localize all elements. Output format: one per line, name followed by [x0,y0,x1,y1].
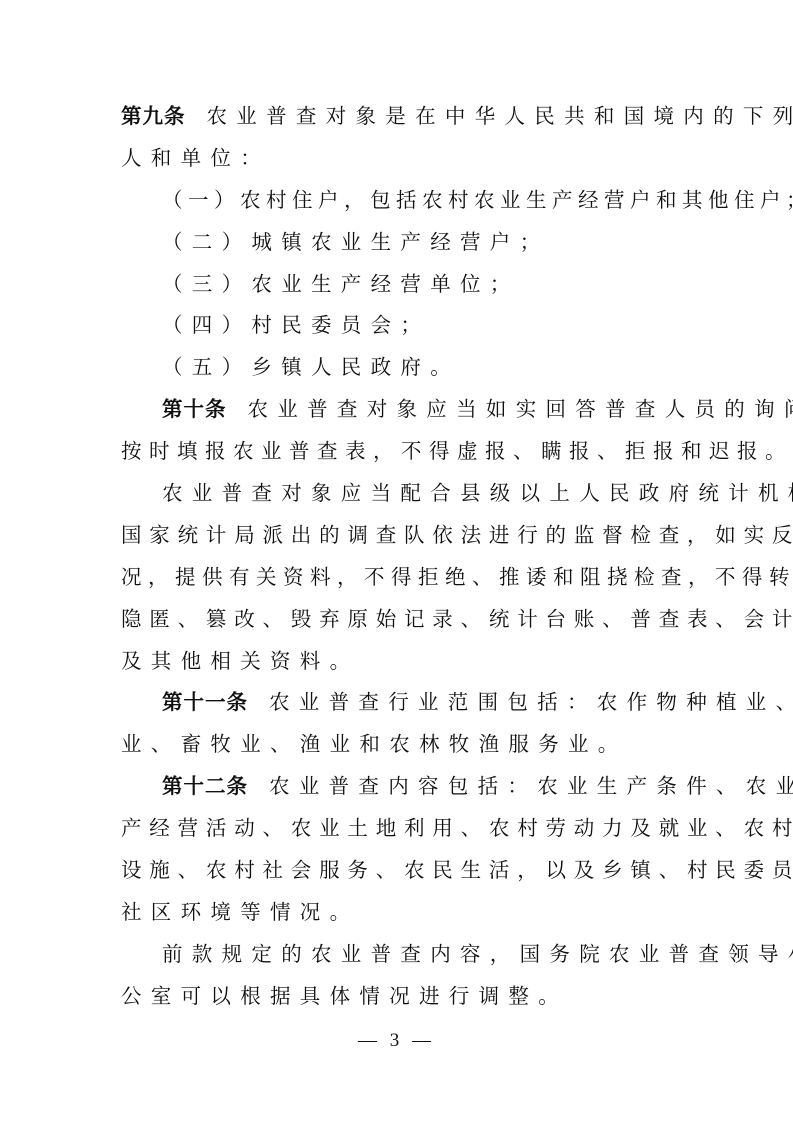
article-10-para2-line-3: 况，提供有关资料，不得拒绝、推诿和阻挠检查，不得转移、 [121,557,672,599]
article-9-item-1: （一）农村住户，包括农村农业生产经营户和其他住户； [121,180,672,222]
article-10-para2-line-1: 农业普查对象应当配合县级以上人民政府统计机构和 [121,473,672,515]
page-number: — 3 — [0,1030,793,1052]
article-12-line-4: 社区环境等情况。 [121,892,672,934]
article-12-line-2: 产经营活动、农业土地利用、农村劳动力及就业、农村基础 [121,808,672,850]
article-10-heading: 第十条 [162,397,227,421]
article-9-heading: 第九条 [121,104,186,128]
article-9-item-2: （二）城镇农业生产经营户； [121,222,672,264]
article-11-line-2: 业、畜牧业、渔业和农林牧渔服务业。 [121,724,672,766]
article-12-line-3: 设施、农村社会服务、农民生活，以及乡镇、村民委员会和 [121,850,672,892]
article-11-heading: 第十一条 [162,690,248,714]
article-9-line-2: 人和单位： [121,138,672,180]
article-9-item-5: （五）乡镇人民政府。 [121,347,672,389]
article-11-line-1: 第十一条农业普查行业范围包括：农作物种植业、林 [121,682,672,724]
article-12-para2-line-1: 前款规定的农业普查内容，国务院农业普查领导小组办 [121,934,672,976]
document-body: 第九条农业普查对象是在中华人民共和国境内的下列个 人和单位： （一）农村住户，包… [121,96,672,1018]
article-12-para2-line-2: 公室可以根据具体情况进行调整。 [121,976,672,1018]
article-9-line-1: 第九条农业普查对象是在中华人民共和国境内的下列个 [121,96,672,138]
article-10-para2-line-2: 国家统计局派出的调查队依法进行的监督检查，如实反映情 [121,515,672,557]
article-9-item-4: （四）村民委员会； [121,305,672,347]
article-9-item-3: （三）农业生产经营单位； [121,264,672,306]
article-10-line-1: 第十条农业普查对象应当如实回答普查人员的询问， [121,389,672,431]
article-12-heading: 第十二条 [162,774,248,798]
article-10-para2-line-5: 及其他相关资料。 [121,641,672,683]
article-10-para2-line-4: 隐匿、篡改、毁弃原始记录、统计台账、普查表、会计资料 [121,599,672,641]
article-12-line-1: 第十二条农业普查内容包括：农业生产条件、农业生 [121,766,672,808]
article-10-line-2: 按时填报农业普查表，不得虚报、瞒报、拒报和迟报。 [121,431,672,473]
